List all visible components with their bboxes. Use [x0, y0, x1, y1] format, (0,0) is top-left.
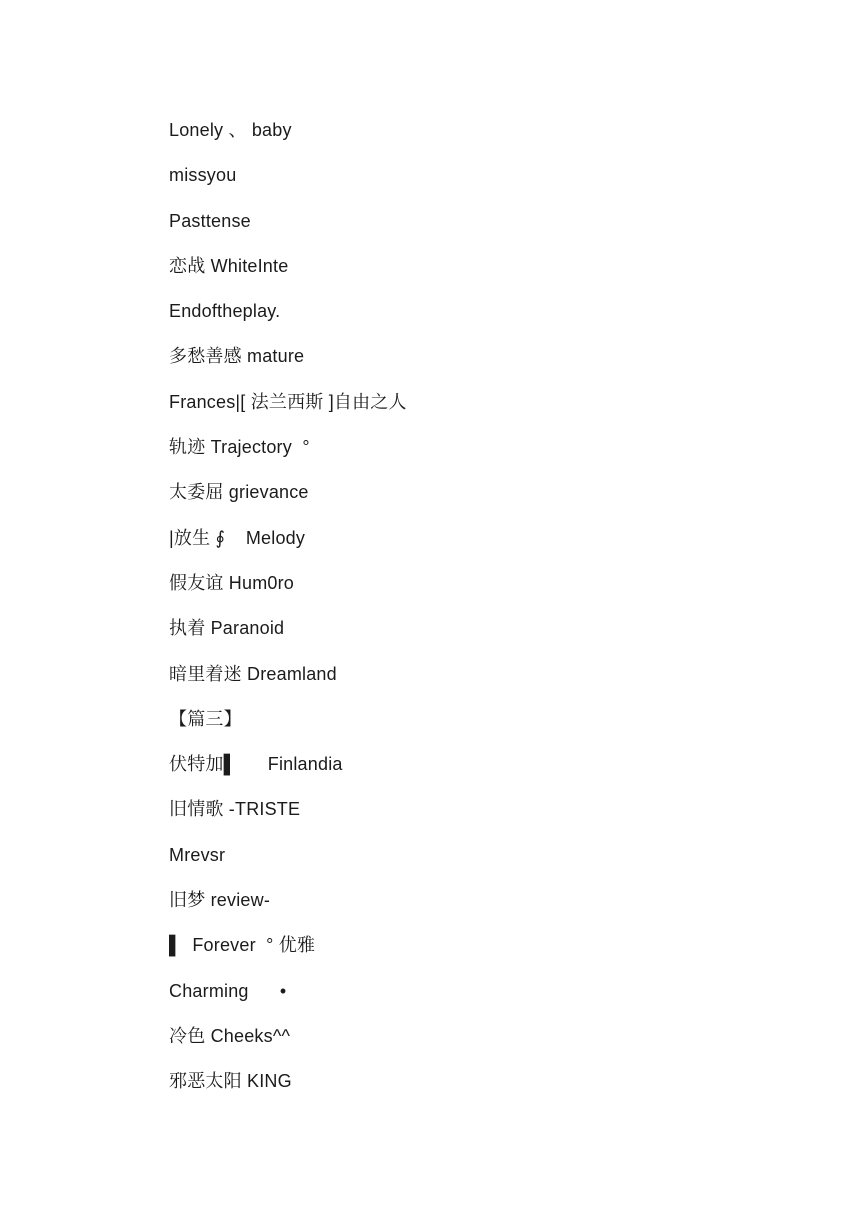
text-line: 旧梦 review-: [169, 878, 830, 923]
text-line: Pasttense: [169, 199, 830, 244]
text-line: 冷色 Cheeks^^: [169, 1014, 830, 1059]
text-line: 执着 Paranoid: [169, 606, 830, 651]
text-line: Endoftheplay.: [169, 289, 830, 334]
text-line: 旧情歌 -TRISTE: [169, 787, 830, 832]
text-line: 邪恶太阳 KING: [169, 1059, 830, 1104]
text-line: 暗里着迷 Dreamland: [169, 652, 830, 697]
text-line: 【篇三】: [169, 697, 830, 742]
text-line: 多愁善感 mature: [169, 334, 830, 379]
text-block: Lonely 、 babymissyouPasttense恋战 WhiteInt…: [169, 108, 830, 1105]
text-line: |放生 ∮ Melody: [169, 516, 830, 561]
text-line: 恋战 WhiteInte: [169, 244, 830, 289]
text-line: 太委屈 grievance: [169, 470, 830, 515]
document-page: Lonely 、 babymissyouPasttense恋战 WhiteInt…: [0, 0, 860, 1218]
text-line: ▌ Forever ° 优雅: [169, 923, 830, 968]
text-line: Frances|[ 法兰西斯 ]自由之人: [169, 380, 830, 425]
text-line: 伏特加▌ Finlandia: [169, 742, 830, 787]
text-line: Mrevsr: [169, 833, 830, 878]
text-line: 假友谊 Hum0ro: [169, 561, 830, 606]
text-line: 轨迹 Trajectory °: [169, 425, 830, 470]
text-line: missyou: [169, 153, 830, 198]
text-line: Charming •: [169, 969, 830, 1014]
text-line: Lonely 、 baby: [169, 108, 830, 153]
